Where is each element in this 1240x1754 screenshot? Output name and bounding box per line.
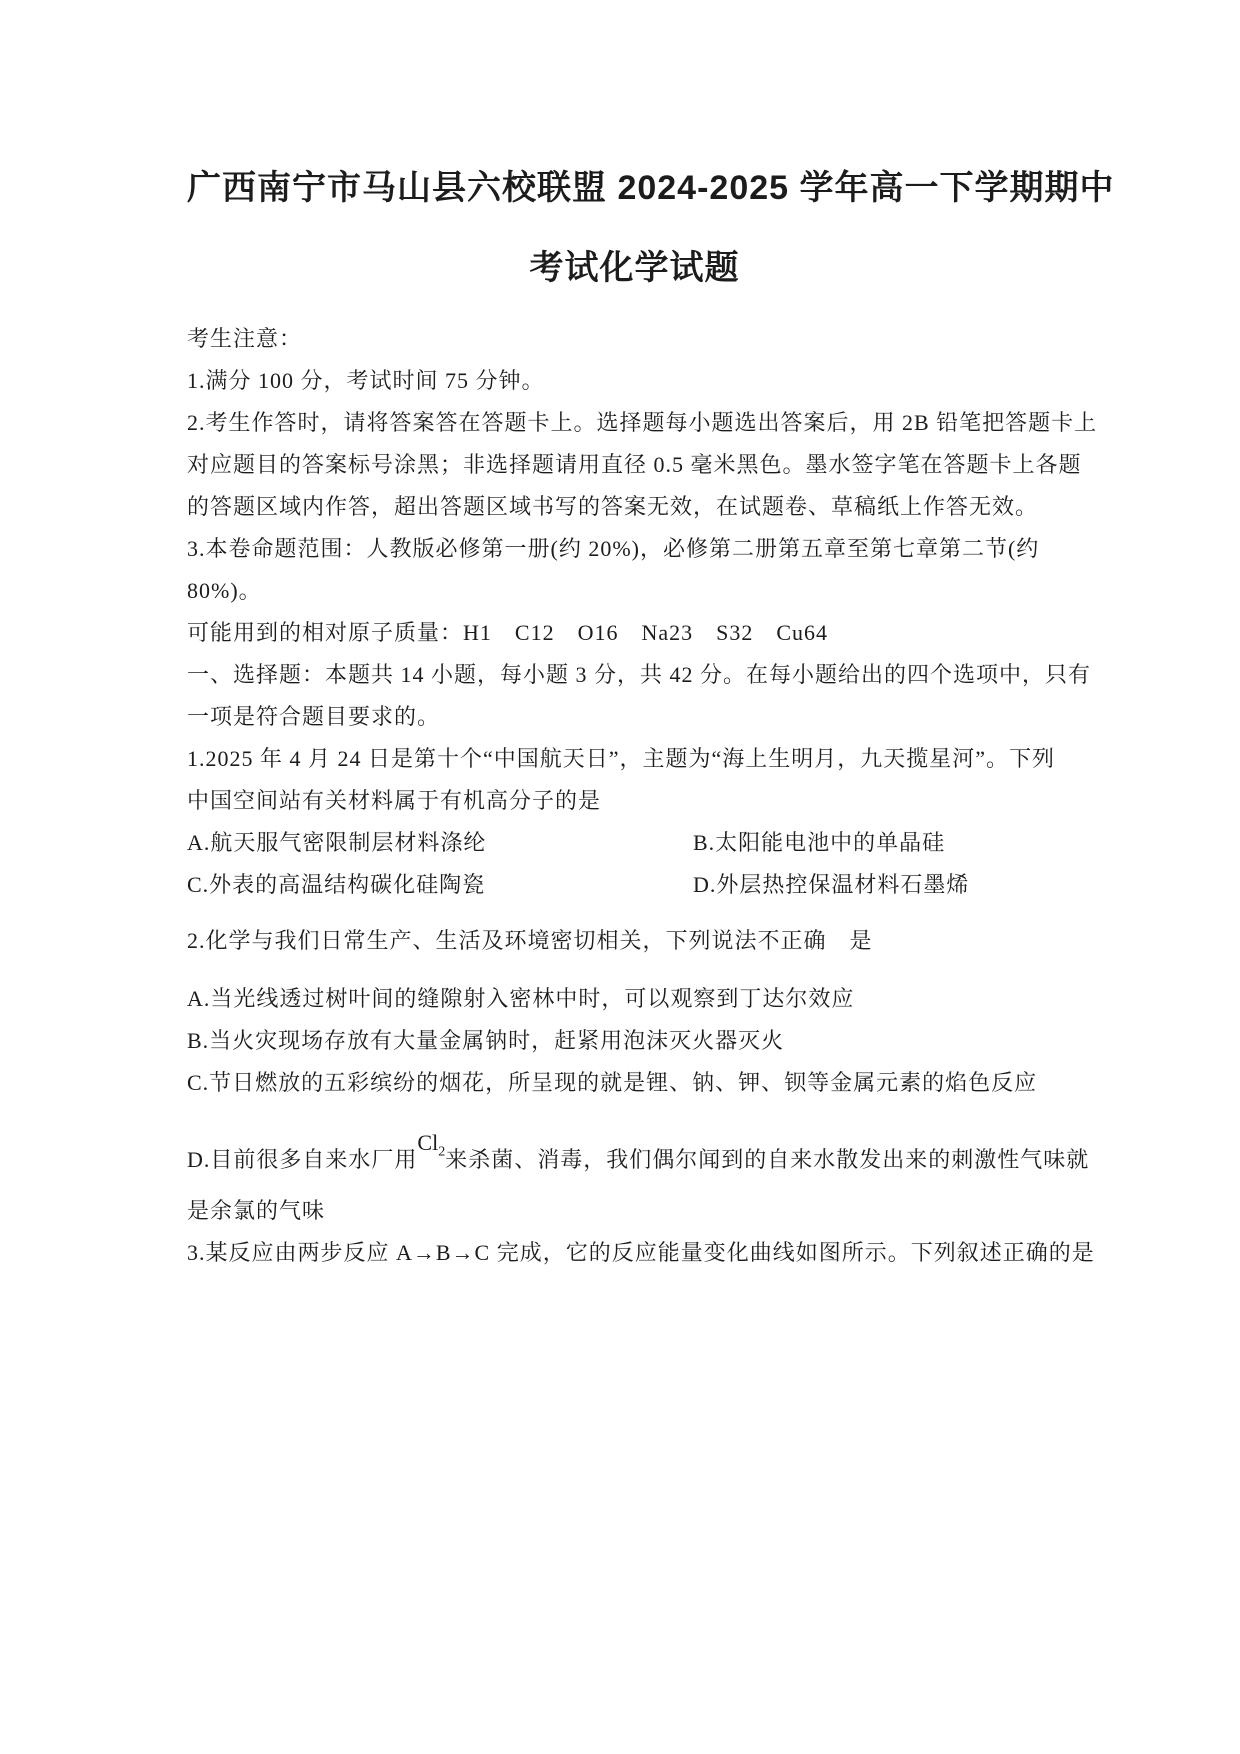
section1-header-line-2: 一项是符合题目要求的。 (187, 696, 1082, 738)
page-content: 广西南宁市马山县六校联盟 2024-2025 学年高一下学期期中 考试化学试题 … (187, 0, 1082, 1274)
title-line-1: 广西南宁市马山县六校联盟 2024-2025 学年高一下学期期中 (187, 168, 1082, 208)
exam-paper-page: 广西南宁市马山县六校联盟 2024-2025 学年高一下学期期中 考试化学试题 … (0, 0, 1240, 1754)
q2-option-a: A.当光线透过树叶间的缝隙射入密林中时，可以观察到丁达尔效应 (187, 978, 1082, 1020)
q2-option-b: B.当火灾现场存放有大量金属钠时，赶紧用泡沫灭火器灭火 (187, 1020, 1082, 1062)
q2-option-d: D.目前很多自来水厂用Cl2来杀菌、消毒，我们偶尔闻到的自来水散发出来的刺激性气… (187, 1132, 1082, 1188)
q1-option-d: D.外层热控保温材料石墨烯 (693, 864, 1082, 906)
chlorine-formula-subscript: 2 (438, 1144, 445, 1159)
page-title: 广西南宁市马山县六校联盟 2024-2025 学年高一下学期期中 考试化学试题 (187, 168, 1082, 288)
question-2-stem: 2.化学与我们日常生产、生活及环境密切相关，下列说法不正确 是 (187, 920, 1082, 962)
exam-body: 考生注意： 1.满分 100 分，考试时间 75 分钟。 2.考生作答时，请将答… (187, 318, 1082, 1274)
q1-option-b: B.太阳能电池中的单晶硅 (693, 822, 1082, 864)
atomic-masses-line: 可能用到的相对原子质量：H1 C12 O16 Na23 S32 Cu64 (187, 612, 1082, 654)
section1-header-line-1: 一、选择题：本题共 14 小题，每小题 3 分，共 42 分。在每小题给出的四个… (187, 654, 1082, 696)
notice-line-5: 3.本卷命题范围：人教版必修第一册(约 20%)，必修第二册第五章至第七章第二节… (187, 528, 1082, 570)
q2-option-c: C.节日燃放的五彩缤纷的烟花，所呈现的就是锂、钠、钾、钡等金属元素的焰色反应 (187, 1062, 1082, 1104)
q1-option-a: A.航天服气密限制层材料涤纶 (187, 822, 693, 864)
chlorine-formula: Cl2 (417, 1115, 445, 1180)
chlorine-formula-symbol: Cl (417, 1130, 438, 1155)
question-1-stem-line-2: 中国空间站有关材料属于有机高分子的是 (187, 780, 1082, 822)
q2-option-d-suffix: 来杀菌、消毒，我们偶尔闻到的自来水散发出来的刺激性气味就 (445, 1147, 1089, 1172)
notice-heading: 考生注意： (187, 318, 1082, 360)
q2-option-d-line-2: 是余氯的气味 (187, 1190, 1082, 1232)
notice-line-3: 对应题目的答案标号涂黑；非选择题请用直径 0.5 毫米黑色。墨水签字笔在答题卡上… (187, 444, 1082, 486)
question-1-stem-line-1: 1.2025 年 4 月 24 日是第十个“中国航天日”，主题为“海上生明月，九… (187, 738, 1082, 780)
notice-line-1: 1.满分 100 分，考试时间 75 分钟。 (187, 360, 1082, 402)
title-line-2: 考试化学试题 (187, 248, 1082, 288)
notice-line-6: 80%)。 (187, 570, 1082, 612)
question-3-stem: 3.某反应由两步反应 A→B→C 完成，它的反应能量变化曲线如图所示。下列叙述正… (187, 1232, 1082, 1274)
notice-line-2: 2.考生作答时，请将答案答在答题卡上。选择题每小题选出答案后，用 2B 铅笔把答… (187, 402, 1082, 444)
question-1-option-row-cd: C.外表的高温结构碳化硅陶瓷 D.外层热控保温材料石墨烯 (187, 864, 1082, 906)
q2-option-d-prefix: D.目前很多自来水厂用 (187, 1147, 417, 1172)
question-1-option-row-ab: A.航天服气密限制层材料涤纶 B.太阳能电池中的单晶硅 (187, 822, 1082, 864)
notice-line-4: 的答题区域内作答，超出答题区域书写的答案无效，在试题卷、草稿纸上作答无效。 (187, 486, 1082, 528)
q1-option-c: C.外表的高温结构碳化硅陶瓷 (187, 864, 693, 906)
